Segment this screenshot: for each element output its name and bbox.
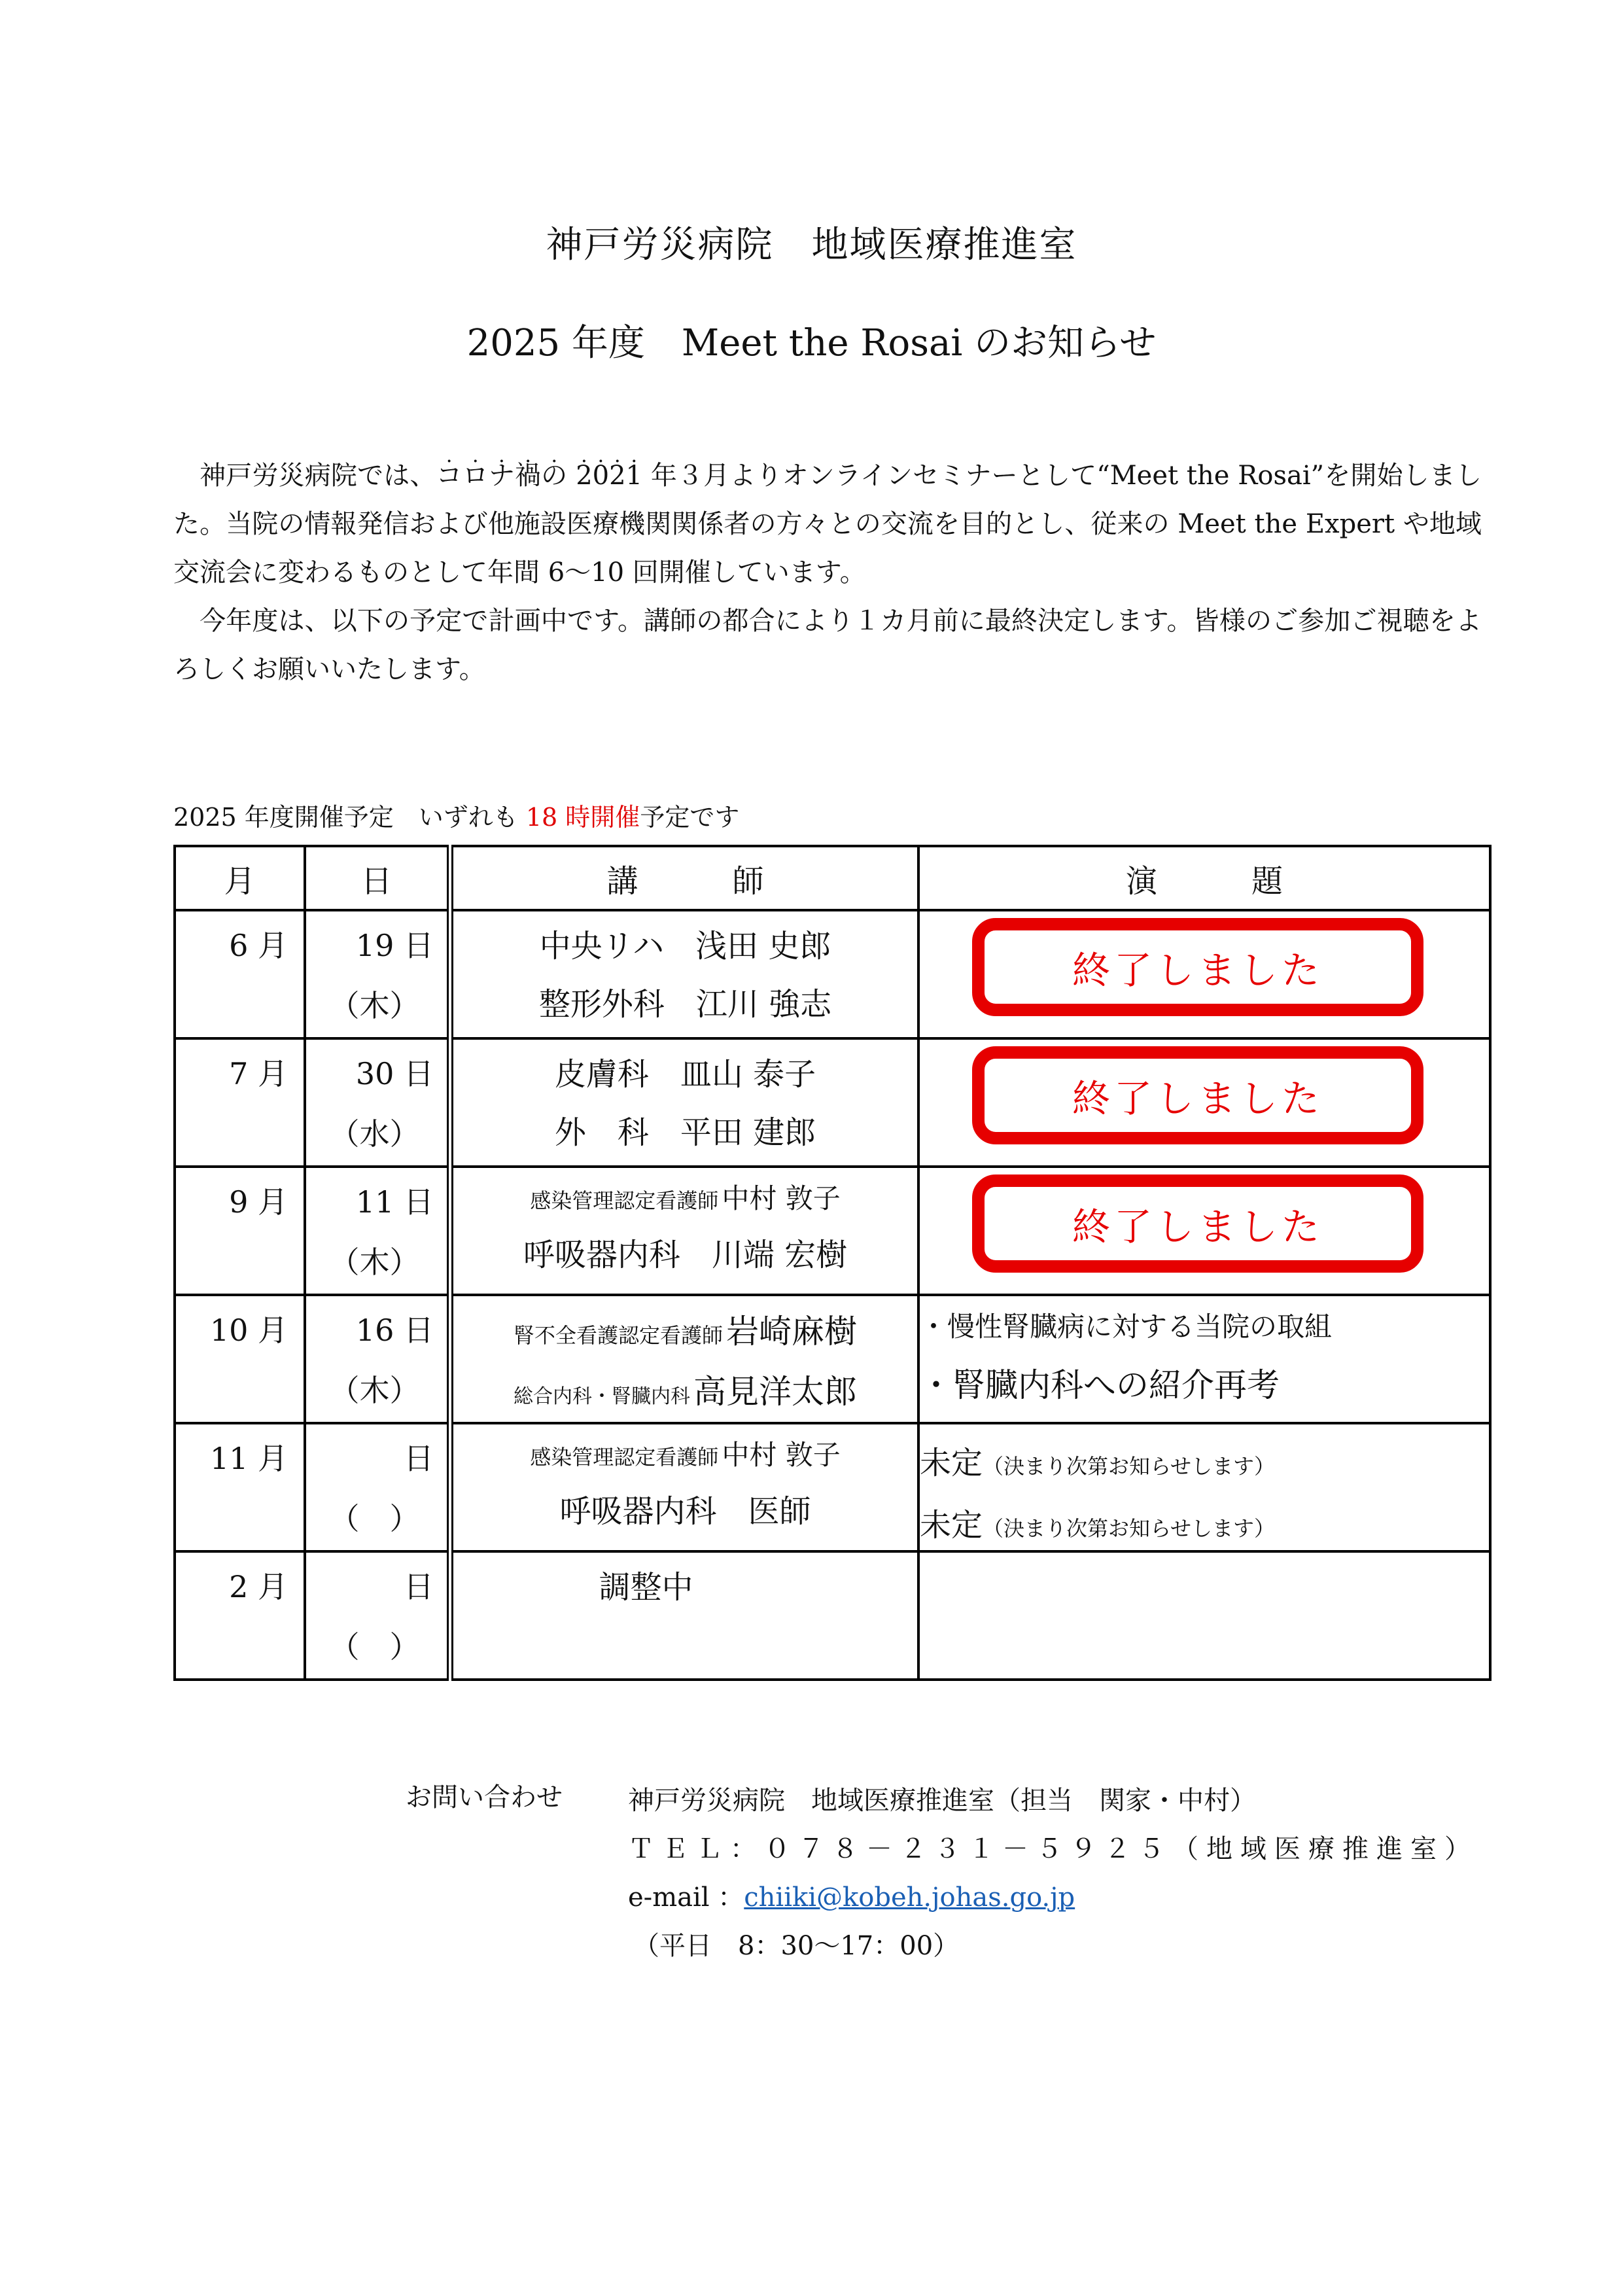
day-value: 日 [306, 1563, 434, 1606]
emphasis-char: 0 [593, 461, 609, 491]
table-row: 9 月 11 日（木） 感染管理認定看護師 中村 敦子 呼吸器内科 川端 宏樹 … [175, 1167, 1490, 1295]
weekday-value: （木） [306, 1367, 434, 1410]
month-value: 10 月 [176, 1307, 288, 1350]
speaker-cell: 調整中 [450, 1551, 918, 1680]
completed-badge: 終了しました [972, 918, 1423, 1016]
speaker-cell: 感染管理認定看護師 中村 敦子 呼吸器内科 医師 [450, 1423, 918, 1551]
emphasis-char: 1 [626, 461, 642, 491]
speaker-name: 医師 [748, 1493, 811, 1530]
tbd-label: 未定 [920, 1507, 983, 1544]
topic-cell: ・慢性腎臓病に対する当院の取組 ・腎臓内科への紹介再考 [918, 1295, 1490, 1423]
completed-badge: 終了しました [972, 1174, 1423, 1273]
month-value: 9 月 [176, 1178, 288, 1222]
header-month: 月 [175, 846, 305, 910]
month-value: 6 月 [176, 922, 288, 965]
caption-text: 2025 年度開催予定 いずれも [173, 803, 526, 832]
month-value: 2 月 [176, 1563, 288, 1606]
day-cell: 11 日（木） [305, 1167, 450, 1295]
speaker-name: 江川 強志 [696, 986, 831, 1023]
topic-cell: 終了しました [918, 1167, 1490, 1295]
speaker-cell: 皮膚科 皿山 泰子 外 科 平田 建郎 [450, 1038, 918, 1167]
schedule-table: 月 日 講 師 演 題 6 月 19 日（木） 中央リハ 浅田 史郎 整形外科 … [173, 845, 1492, 1681]
speaker-line: 整形外科 江川 強志 [453, 979, 917, 1024]
speaker-dept: 感染管理認定看護師 [530, 1445, 718, 1470]
speaker-name: 皿山 泰子 [680, 1056, 816, 1093]
day-cell: 16 日（木） [305, 1295, 450, 1423]
speaker-dept: 中央リハ [540, 928, 665, 964]
month-cell: 9 月 [175, 1167, 305, 1295]
speaker-dept: 呼吸器内科 [559, 1493, 716, 1530]
contact-hours: （平日 8：30～17：00） [628, 1922, 1478, 1970]
caption-highlight: 18 時開催 [526, 803, 640, 832]
emphasis-char: 禍 [515, 461, 541, 491]
table-row: 7 月 30 日（水） 皮膚科 皿山 泰子 外 科 平田 建郎 終了しました [175, 1038, 1490, 1167]
day-cell: 日（ ） [305, 1551, 450, 1680]
topic-tbd: 未定（決まり次第お知らせします） [920, 1500, 1489, 1545]
month-cell: 11 月 [175, 1423, 305, 1551]
day-value: 30 日 [306, 1050, 434, 1093]
header-topic: 演 題 [918, 846, 1490, 910]
speaker-dept: 整形外科 [539, 986, 665, 1023]
schedule-caption: 2025 年度開催予定 いずれも 18 時開催予定です [173, 797, 739, 833]
month-cell: 6 月 [175, 910, 305, 1038]
email-link[interactable]: chiiki@kobeh.johas.go.jp [744, 1882, 1075, 1913]
weekday-value: （ ） [306, 1495, 434, 1538]
topic-cell: 終了しました [918, 910, 1490, 1038]
day-value: 日 [306, 1435, 434, 1478]
speaker-name: 高見洋太郎 [693, 1373, 857, 1411]
weekday-value: （水） [306, 1110, 434, 1154]
day-cell: 日（ ） [305, 1423, 450, 1551]
header-speaker: 講 師 [450, 846, 918, 910]
tbd-note: （決まり次第お知らせします） [983, 1516, 1275, 1541]
tbd-note: （決まり次第お知らせします） [983, 1454, 1275, 1479]
header-day: 日 [305, 846, 450, 910]
speaker-line: 総合内科・腎臓内科 高見洋太郎 [453, 1366, 917, 1413]
speaker-cell: 感染管理認定看護師 中村 敦子 呼吸器内科 川端 宏樹 [450, 1167, 918, 1295]
completed-badge: 終了しました [972, 1046, 1423, 1144]
emphasis-char: 2 [609, 461, 625, 491]
month-value: 11 月 [176, 1435, 288, 1478]
weekday-value: （ ） [306, 1623, 434, 1667]
speaker-dept: 外 科 [555, 1114, 649, 1151]
topic-cell: 終了しました [918, 1038, 1490, 1167]
speaker-dept: 腎不全看護認定看護師 [514, 1323, 723, 1348]
emphasis-char: ナ [489, 461, 515, 491]
speaker-line: 中央リハ 浅田 史郎 [453, 921, 917, 966]
tbd-label: 未定 [920, 1445, 983, 1481]
speaker-cell: 中央リハ 浅田 史郎 整形外科 江川 強志 [450, 910, 918, 1038]
speaker-status: 調整中 [453, 1562, 917, 1607]
table-row: 10 月 16 日（木） 腎不全看護認定看護師 岩崎麻樹 総合内科・腎臓内科 高… [175, 1295, 1490, 1423]
topic-title: ・腎臓内科への紹介再考 [920, 1359, 1489, 1406]
emphasis-char: コ [436, 461, 462, 491]
speaker-name: 岩崎麻樹 [726, 1313, 857, 1351]
speaker-line: 感染管理認定看護師 中村 敦子 [453, 1177, 917, 1216]
email-label: e-mail ： [628, 1882, 744, 1913]
speaker-dept: 皮膚科 [555, 1056, 649, 1093]
intro-text: 今年度は、以下の予定で計画中です。講師の都合により１カ月前に最終決定します。皆様… [173, 606, 1482, 684]
speaker-name: 中村 敦子 [722, 1182, 840, 1214]
table-row: 11 月 日（ ） 感染管理認定看護師 中村 敦子 呼吸器内科 医師 未定（決ま… [175, 1423, 1490, 1551]
speaker-name: 川端 宏樹 [712, 1237, 847, 1273]
emphasis-char: の [541, 461, 567, 491]
day-cell: 30 日（水） [305, 1038, 450, 1167]
contact-email-line: e-mail ：chiiki@kobeh.johas.go.jp [628, 1873, 1478, 1922]
table-row: 6 月 19 日（木） 中央リハ 浅田 史郎 整形外科 江川 強志 終了しました [175, 910, 1490, 1038]
month-cell: 7 月 [175, 1038, 305, 1167]
speaker-dept: 呼吸器内科 [523, 1237, 680, 1273]
speaker-name: 中村 敦子 [722, 1439, 840, 1471]
page-subtitle: 2025 年度 Meet the Rosai のお知らせ [0, 314, 1623, 366]
month-cell: 10 月 [175, 1295, 305, 1423]
speaker-line: 呼吸器内科 医師 [453, 1486, 917, 1531]
speaker-dept: 感染管理認定看護師 [530, 1188, 718, 1213]
topic-cell: 未定（決まり次第お知らせします） 未定（決まり次第お知らせします） [918, 1423, 1490, 1551]
contact-info: 神戸労災病院 地域医療推進室（担当 関家・中村） ＴＥＬ：０７８－２３１－５９２… [628, 1776, 1478, 1970]
table-row: 2 月 日（ ） 調整中 [175, 1551, 1490, 1680]
emphasis-char: ロ [462, 461, 489, 491]
topic-title: ・慢性腎臓病に対する当院の取組 [920, 1305, 1489, 1345]
contact-label: お問い合わせ [406, 1776, 563, 1814]
day-cell: 19 日（木） [305, 910, 450, 1038]
contact-org: 神戸労災病院 地域医療推進室（担当 関家・中村） [628, 1776, 1478, 1825]
day-value: 11 日 [306, 1178, 434, 1222]
intro-text: 神戸労災病院では、 [200, 461, 436, 491]
caption-text: 予定です [640, 803, 739, 832]
contact-phone: ＴＥＬ：０７８－２３１－５９２５（地域医療推進室） [628, 1825, 1478, 1873]
intro-section: 神戸労災病院では、コロナ禍の 2021 年３月よりオンラインセミナーとして“Me… [173, 451, 1482, 694]
speaker-name: 平田 建郎 [680, 1114, 816, 1151]
emphasis-char: 2 [576, 461, 592, 491]
topic-tbd: 未定（決まり次第お知らせします） [920, 1438, 1489, 1483]
speaker-line: 呼吸器内科 川端 宏樹 [453, 1229, 917, 1275]
day-value: 16 日 [306, 1307, 434, 1350]
table-header-row: 月 日 講 師 演 題 [175, 846, 1490, 910]
speaker-line: 腎不全看護認定看護師 岩崎麻樹 [453, 1305, 917, 1352]
speaker-dept: 総合内科・腎臓内科 [514, 1385, 690, 1408]
topic-cell [918, 1551, 1490, 1680]
page-title: 神戸労災病院 地域医療推進室 [0, 216, 1623, 268]
speaker-line: 外 科 平田 建郎 [453, 1107, 917, 1152]
weekday-value: （木） [306, 982, 434, 1025]
intro-paragraph-1: 神戸労災病院では、コロナ禍の 2021 年３月よりオンラインセミナーとして“Me… [173, 451, 1482, 597]
emphasis-text: コロナ禍の 2021 [436, 461, 642, 491]
speaker-line: 皮膚科 皿山 泰子 [453, 1049, 917, 1094]
day-value: 19 日 [306, 922, 434, 965]
intro-paragraph-2: 今年度は、以下の予定で計画中です。講師の都合により１カ月前に最終決定します。皆様… [173, 597, 1482, 694]
speaker-name: 浅田 史郎 [695, 928, 831, 964]
speaker-line: 感染管理認定看護師 中村 敦子 [453, 1434, 917, 1473]
speaker-cell: 腎不全看護認定看護師 岩崎麻樹 総合内科・腎臓内科 高見洋太郎 [450, 1295, 918, 1423]
month-value: 7 月 [176, 1050, 288, 1093]
month-cell: 2 月 [175, 1551, 305, 1680]
weekday-value: （木） [306, 1239, 434, 1282]
